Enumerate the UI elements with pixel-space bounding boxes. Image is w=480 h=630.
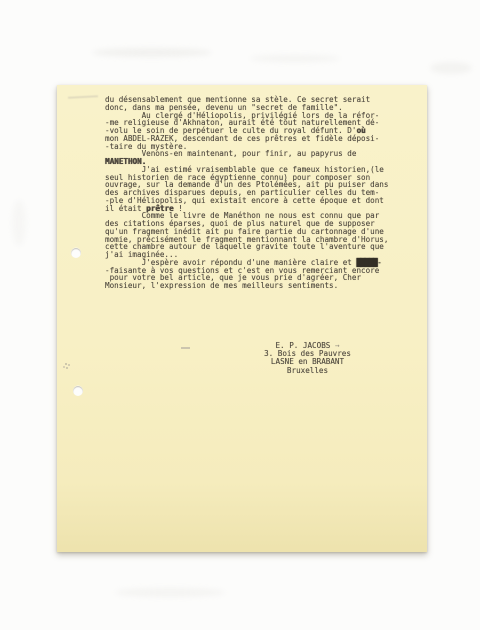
punch-hole-bottom [73,386,83,396]
scan-smudge [115,588,225,597]
letter-body: du désensablement que mentionne sa stèle… [105,96,388,290]
letter-line: Monsieur, l'expression de mes meilleurs … [105,282,388,290]
scan-smudge [430,62,472,74]
scanned-letter-page: { "colors": { "background": "#fcfcfb", "… [0,0,480,630]
pencil-mark-top-left [68,95,98,99]
pencil-mark-left-margin [65,363,67,365]
punch-hole-top [71,248,81,258]
signature-line: Bruxelles [235,367,380,375]
pencil-mark-signature [181,347,190,349]
letter-page: du désensablement que mentionne sa stèle… [57,85,427,552]
scan-smudge [92,48,212,57]
signature-block: E. P. JACOBS →3. Bois des PauvresLASNE e… [235,342,380,375]
letter-line: Venons-en maintenant, pour finir, au pap… [105,150,388,158]
scan-smudge [12,200,26,246]
scan-smudge [250,55,340,62]
